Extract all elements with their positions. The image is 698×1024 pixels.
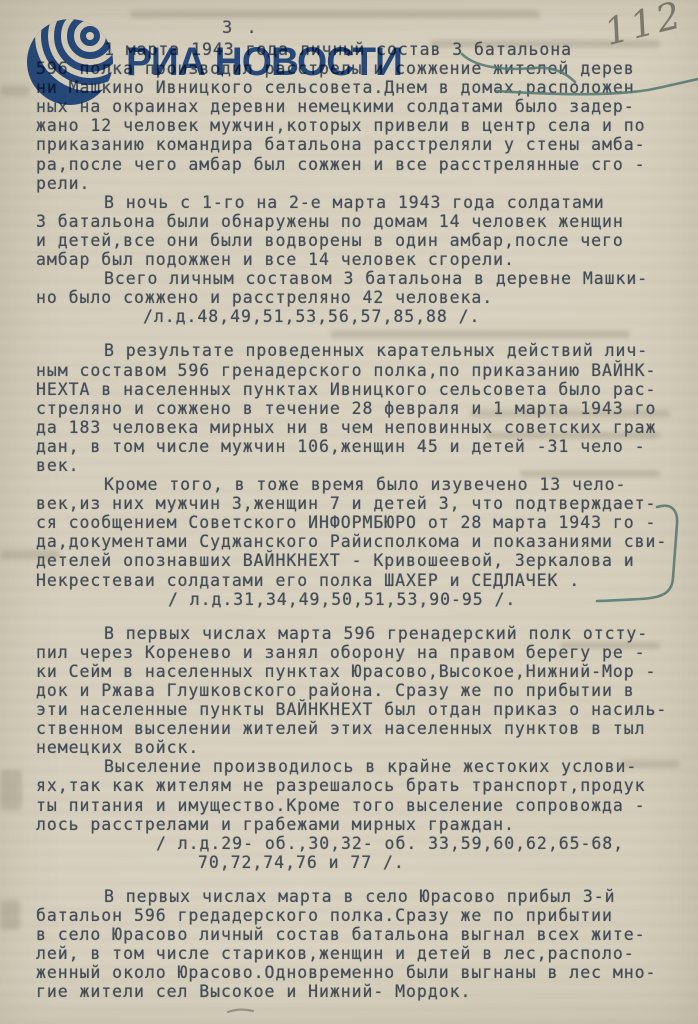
text-line: женный около Юрасово.Одновременно были в… <box>36 963 676 982</box>
text-line: но было сожжено и расстреляно 42 человек… <box>36 288 676 307</box>
paragraph-1: 1 марта 1943 года личный состав 3 баталь… <box>36 40 676 193</box>
text-line: эти населенные пункты ВАЙНКНЕХТ был отда… <box>36 700 676 719</box>
text-line: лось расстрелами и грабежами мирных граж… <box>36 815 676 834</box>
text-line: 596 полка производил расстрелы и сожжени… <box>36 59 676 78</box>
text-line: жано 12 человек мужчин,которых привели в… <box>36 116 676 135</box>
text-line: ным составом 596 гренадерского полка,по … <box>36 361 676 380</box>
text-line: немецких войск. <box>36 738 676 757</box>
text-line: век. <box>36 456 676 475</box>
text-line: да 183 человека мирных ни в чем неповинн… <box>36 418 676 437</box>
text-line: ки Сейм в населенных пунктах Юрасово,Выс… <box>36 662 676 681</box>
text-line: в село Юрасово личный состав батальона в… <box>36 925 676 944</box>
text-line: и детей,все они были водворены в один ам… <box>36 231 676 250</box>
paragraph-2: В ночь с 1-го на 2-е марта 1943 года сол… <box>36 193 676 269</box>
bleed-through-mark <box>0 86 30 96</box>
bleed-through-mark <box>130 10 540 18</box>
text-line: Всего личным составом 3 батальона в дере… <box>36 269 676 288</box>
text-line: ных на окраинах деревни немецкими солдат… <box>36 97 676 116</box>
bleed-through-mark <box>0 770 22 810</box>
text-line: / л.д.31,34,49,50,51,53,90-95 /. <box>36 590 676 609</box>
text-line: приказанию командира батальона расстреля… <box>36 135 676 154</box>
text-line: В первых числах марта в село Юрасово при… <box>36 887 676 906</box>
text-line: ни Машкино Ивницкого сельсовета.Днем в д… <box>36 78 676 97</box>
text-line: Некрестеваи солдатами его полка ШАХЕР и … <box>36 571 676 590</box>
paragraph-5: Кроме того, в тоже время было изувечено … <box>36 475 676 590</box>
text-line: В результате проведенных карательных дей… <box>36 341 676 360</box>
citation-1: /л.д.48,49,51,53,56,57,85,88 /. <box>36 307 676 326</box>
citation-2: / л.д.31,34,49,50,51,53,90-95 /. <box>36 590 676 609</box>
text-line: док и Ржава Глушковского района. Сразу ж… <box>36 681 676 700</box>
paragraph-4: В результате проведенных карательных дей… <box>36 341 676 475</box>
text-line: ты питания и имущество.Кроме того выселе… <box>36 796 676 815</box>
paragraph-8: В первых числах марта в село Юрасово при… <box>36 887 676 1002</box>
text-line: Кроме того, в тоже время было изувечено … <box>36 475 676 494</box>
text-line: да,документами Суджанского Райисполкома … <box>36 532 676 551</box>
text-line: век,из них мужчин 3,женщин 7 и детей 3, … <box>36 494 676 513</box>
text-line: 3 батальона были обнаружены по домам 14 … <box>36 212 676 231</box>
paragraph-6: В первых числах марта 596 гренадерский п… <box>36 624 676 758</box>
text-line: батальон 596 гредадерского полка.Сразу ж… <box>36 906 676 925</box>
text-line: рели. <box>36 174 676 193</box>
text-line: амбар был подожжен и все 14 человек сгор… <box>36 250 676 269</box>
text-line: гие жители сел Высокое и Нижний- Мордок. <box>36 982 676 1001</box>
text-line: В ночь с 1-го на 2-е марта 1943 года сол… <box>36 193 676 212</box>
page-number: 3 . <box>222 18 259 38</box>
text-line: ственном выселении жителей этих населенн… <box>36 719 676 738</box>
text-line: /л.д.48,49,51,53,56,57,85,88 /. <box>36 307 676 326</box>
text-line: НЕХТА в населенных пунктах Ивницкого сел… <box>36 380 676 399</box>
text-line: ра,после чего амбар был сожжен и все рас… <box>36 155 676 174</box>
text-line: пил через Коренево и занял оборону на пр… <box>36 643 676 662</box>
text-line: стреляно и сожжено в течение 28 февраля … <box>36 399 676 418</box>
text-line: В первых числах марта 596 гренадерский п… <box>36 624 676 643</box>
text-line: ся сообщением Советского ИНФОРМБЮРО от 2… <box>36 513 676 532</box>
document-body: 1 марта 1943 года личный состав 3 баталь… <box>36 40 676 1002</box>
text-line: дан, в том числе мужчин 106,женщин 45 и … <box>36 437 676 456</box>
bleed-through-mark <box>0 900 20 930</box>
paragraph-3: Всего личным составом 3 батальона в дере… <box>36 269 676 307</box>
pencil-dash-mark <box>228 1010 253 1012</box>
text-line: 1 марта 1943 года личный состав 3 баталь… <box>36 40 676 59</box>
text-line: Выселение производилось в крайне жестоки… <box>36 757 676 776</box>
paragraph-7: Выселение производилось в крайне жестоки… <box>36 757 676 833</box>
citation-3: / л.д.29- об.,30,32- об. 33,59,60,62,65-… <box>36 834 676 872</box>
text-line: ях,так как жителям не разрешалось брать … <box>36 776 676 795</box>
scanned-document-page: 3 . 112 1 марта 1943 года личный состав … <box>0 0 698 1024</box>
text-line: / л.д.29- об.,30,32- об. 33,59,60,62,65-… <box>36 834 676 853</box>
text-line: лей, в том числе стариков,женщин и детей… <box>36 944 676 963</box>
text-line: 70,72,74,76 и 77 /. <box>36 853 676 872</box>
text-line: детелей опознавших ВАЙНКНЕХТ - Кривошеев… <box>36 551 676 570</box>
